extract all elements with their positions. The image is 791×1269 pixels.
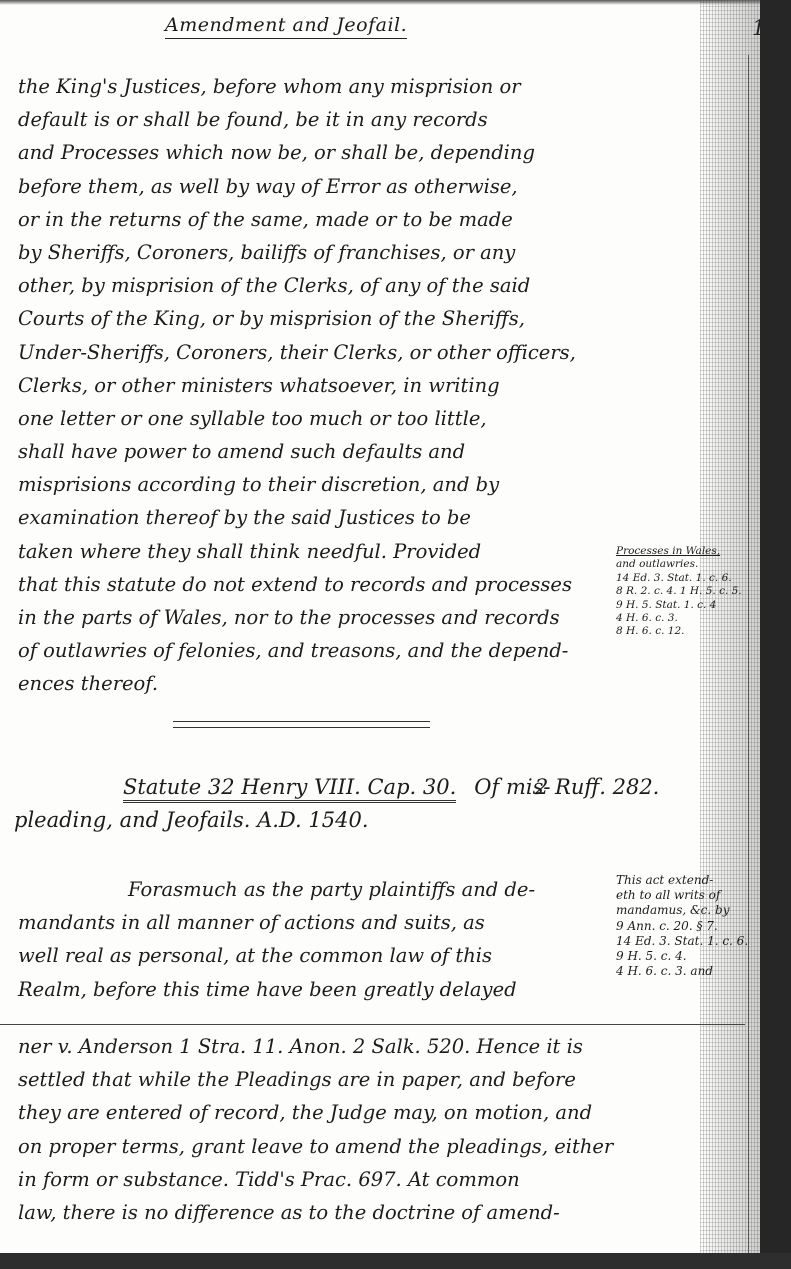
ledger-page: Amendment and Jeofail. 19 the King's Jus… — [0, 0, 760, 1255]
text-line: shall have power to amend such defaults … — [18, 435, 618, 468]
text-line: mandants in all manner of actions and su… — [18, 906, 618, 939]
text-line: ences thereof. — [18, 667, 618, 700]
section-3-text: ner v. Anderson 1 Stra. 11. Anon. 2 Salk… — [18, 1030, 758, 1229]
text-line: of outlawries of felonies, and treasons,… — [18, 634, 618, 667]
text-line: well real as personal, at the common law… — [18, 939, 618, 972]
running-head: Amendment and Jeofail. — [165, 14, 407, 39]
margin-note-line: eth to all writs of — [616, 888, 746, 903]
margin-note-line: 9 H. 5. c. 4. — [616, 949, 746, 964]
margin-note-wales: Processes in Wales, and outlawries. 14 E… — [616, 545, 746, 639]
text-line: taken where they shall think needful. Pr… — [18, 535, 618, 568]
text-line: they are entered of record, the Judge ma… — [18, 1096, 758, 1129]
text-line: that this statute do not extend to recor… — [18, 568, 618, 601]
statute-subject-end: pleading, and Jeofails. A.D. 1540. — [14, 808, 369, 832]
margin-note-line: This act extend- — [616, 873, 746, 888]
text-line: by Sheriffs, Coroners, bailiffs of franc… — [18, 236, 618, 269]
margin-note-line: and outlawries. — [616, 558, 746, 571]
section-1-text: the King's Justices, before whom any mis… — [18, 70, 618, 701]
text-line: before them, as well by way of Error as … — [18, 170, 618, 203]
margin-note-line: 8 R. 2. c. 4. 1 H. 5. c. 5. — [616, 585, 746, 598]
margin-note-mandamus: This act extend- eth to all writs of man… — [616, 873, 746, 979]
text-line: Courts of the King, or by misprision of … — [18, 302, 618, 335]
statute-title: Statute 32 Henry VIII. Cap. 30. — [123, 775, 456, 803]
margin-note-line: 14 Ed. 3. Stat. 1. c. 6. — [616, 572, 746, 585]
margin-note-line: 4 H. 6. c. 3. — [616, 612, 746, 625]
margin-note-line: 9 Ann. c. 20. § 7. — [616, 919, 746, 934]
text-line: law, there is no difference as to the do… — [18, 1196, 758, 1229]
text-line: on proper terms, grant leave to amend th… — [18, 1130, 758, 1163]
text-line: Realm, before this time have been greatl… — [18, 973, 618, 1006]
margin-note-line: Processes in Wales, — [616, 545, 746, 558]
scan-bottom-edge — [0, 1253, 791, 1269]
margin-note-line: 9 H. 5. Stat. 1. c. 4 — [616, 599, 746, 612]
section-2-text: Forasmuch as the party plaintiffs and de… — [18, 873, 618, 1006]
section-divider — [173, 721, 430, 728]
text-line: default is or shall be found, be it in a… — [18, 103, 618, 136]
text-line: examination thereof by the said Justices… — [18, 501, 618, 534]
scan-top-shadow — [0, 0, 760, 5]
margin-note-line: 4 H. 6. c. 3. and — [616, 964, 746, 979]
statute-heading: Statute 32 Henry VIII. Cap. 30.Of mis- — [123, 775, 550, 799]
page-number: 19 — [752, 16, 760, 40]
text-line: and Processes which now be, or shall be,… — [18, 136, 618, 169]
text-line: misprisions according to their discretio… — [18, 468, 618, 501]
text-line: the King's Justices, before whom any mis… — [18, 70, 618, 103]
text-line: other, by misprision of the Clerks, of a… — [18, 269, 618, 302]
text-line: Clerks, or other ministers whatsoever, i… — [18, 369, 618, 402]
footnote-separator — [0, 1024, 745, 1025]
margin-note-line: 8 H. 6. c. 12. — [616, 625, 746, 638]
statute-reference: 2 Ruff. 282. — [535, 775, 659, 799]
text-line: in form or substance. Tidd's Prac. 697. … — [18, 1163, 758, 1196]
text-line: Under-Sheriffs, Coroners, their Clerks, … — [18, 336, 618, 369]
margin-note-line: 14 Ed. 3. Stat. 1. c. 6. — [616, 934, 746, 949]
book-binding-edge — [760, 0, 791, 1269]
margin-note-line: mandamus, &c. by — [616, 903, 746, 918]
text-line: in the parts of Wales, nor to the proces… — [18, 601, 618, 634]
text-line: ner v. Anderson 1 Stra. 11. Anon. 2 Salk… — [18, 1030, 758, 1063]
text-line: Forasmuch as the party plaintiffs and de… — [18, 873, 618, 906]
text-line: settled that while the Pleadings are in … — [18, 1063, 758, 1096]
text-line: or in the returns of the same, made or t… — [18, 203, 618, 236]
text-line: one letter or one syllable too much or t… — [18, 402, 618, 435]
